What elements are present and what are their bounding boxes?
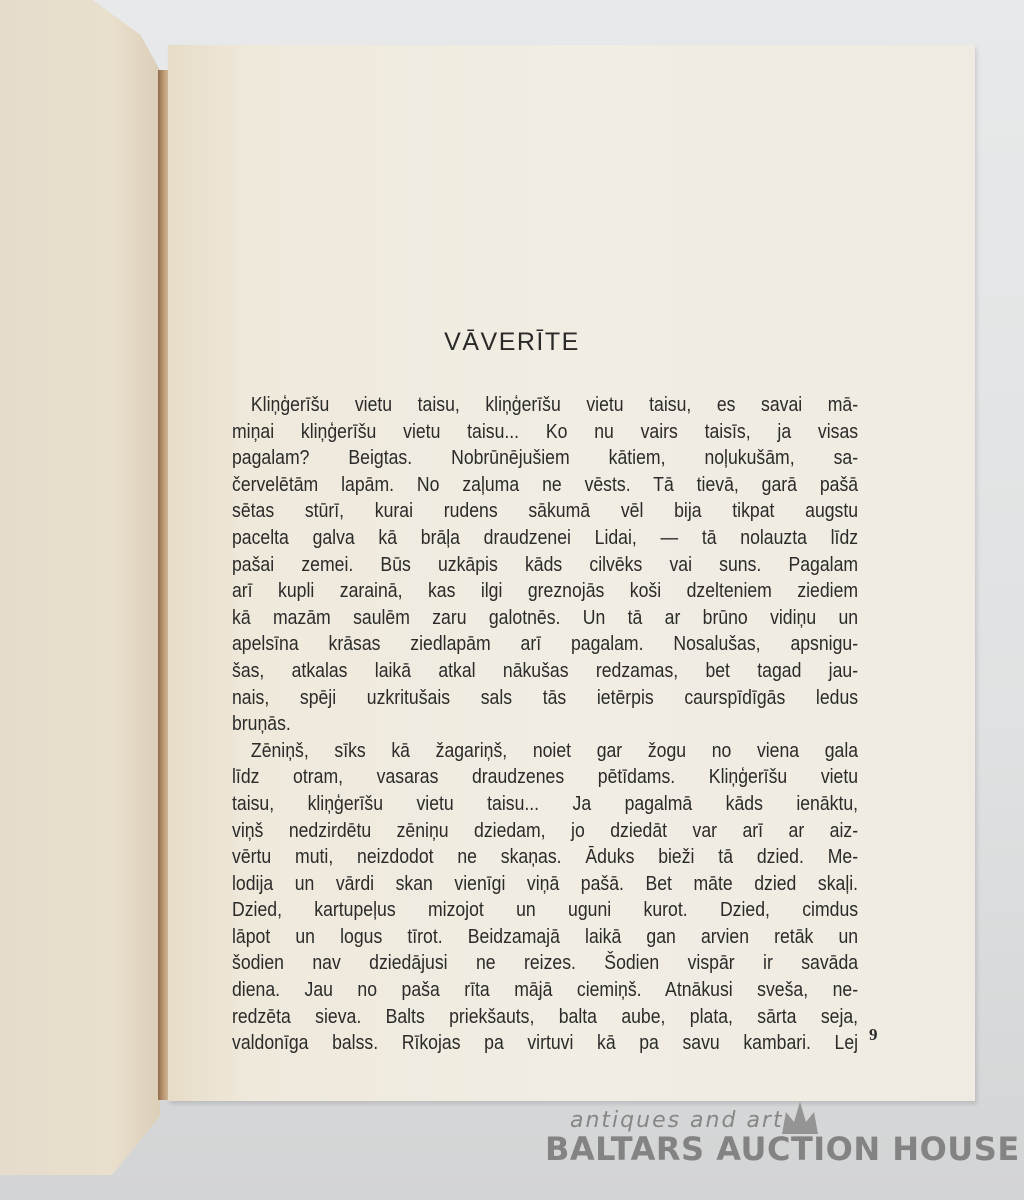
text-line: Zēniņš, sīks kā žagariņš, noiet gar žogu… [232, 738, 858, 765]
text-line: lodija un vārdi skan vienīgi viņā pašā. … [232, 871, 858, 898]
text-line: taisu, kliņģerīšu vietu taisu... Ja paga… [232, 791, 858, 818]
text-line: červelētām lapām. No zaļuma ne vēsts. Tā… [232, 472, 858, 499]
text-line: nais, spēji uzkritušais sals tās ietērpi… [232, 685, 858, 712]
chapter-title: VĀVERĪTE [0, 328, 1024, 357]
chapter-body: Kliņģerīšu vietu taisu, kliņģerīšu vietu… [232, 392, 858, 1057]
text-line: apelsīna krāsas ziedlapām arī pagalam. N… [232, 631, 858, 658]
text-line: līdz otram, vasaras draudzenes pētīdams.… [232, 764, 858, 791]
paragraph-2: Zēniņš, sīks kā žagariņš, noiet gar žogu… [232, 738, 858, 1057]
text-line: arī kupli zarainā, kas ilgi greznojās ko… [232, 578, 858, 605]
text-line: Dzied, kartupeļus mizojot un uguni kurot… [232, 897, 858, 924]
paragraph-1: Kliņģerīšu vietu taisu, kliņģerīšu vietu… [232, 392, 858, 738]
text-line: kā mazām saulēm zaru galotnēs. Un tā ar … [232, 605, 858, 632]
text-line: diena. Jau no paša rīta mājā ciemiņš. At… [232, 977, 858, 1004]
text-line: pašai zemei. Būs uzkāpis kāds cilvēks va… [232, 552, 858, 579]
left-page [0, 0, 160, 1175]
text-line: Kliņģerīšu vietu taisu, kliņģerīšu vietu… [232, 392, 858, 419]
watermark-name: BALTARS AUCTION HOUSE [545, 1130, 1020, 1168]
text-line: bruņās. [232, 711, 858, 738]
text-line: šas, atkalas laikā atkal nākušas redzama… [232, 658, 858, 685]
text-line: redzēta sieva. Balts priekšauts, balta a… [232, 1004, 858, 1031]
page-number: 9 [869, 1025, 878, 1045]
text-line: lāpot un logus tīrot. Beidzamajā laikā g… [232, 924, 858, 951]
text-line: šodien nav dziedājusi ne reizes. Šodien … [232, 950, 858, 977]
text-line: pacelta galva kā brāļa draudzenei Lidai,… [232, 525, 858, 552]
text-line: miņai kliņģerīšu vietu taisu... Ko nu va… [232, 419, 858, 446]
text-line: valdonīga balss. Rīkojas pa virtuvi kā p… [232, 1030, 858, 1057]
text-line: pagalam? Beigtas. Nobrūnējušiem kātiem, … [232, 445, 858, 472]
text-line: sētas stūrī, kurai rudens sākumā vēl bij… [232, 498, 858, 525]
text-line: viņš nedzirdētu zēniņu dziedam, jo dzied… [232, 818, 858, 845]
text-line: vērtu muti, neizdodot ne skaņas. Āduks b… [232, 844, 858, 871]
watermark: antiques and art BALTARS AUCTION HOUSE [530, 1108, 950, 1188]
